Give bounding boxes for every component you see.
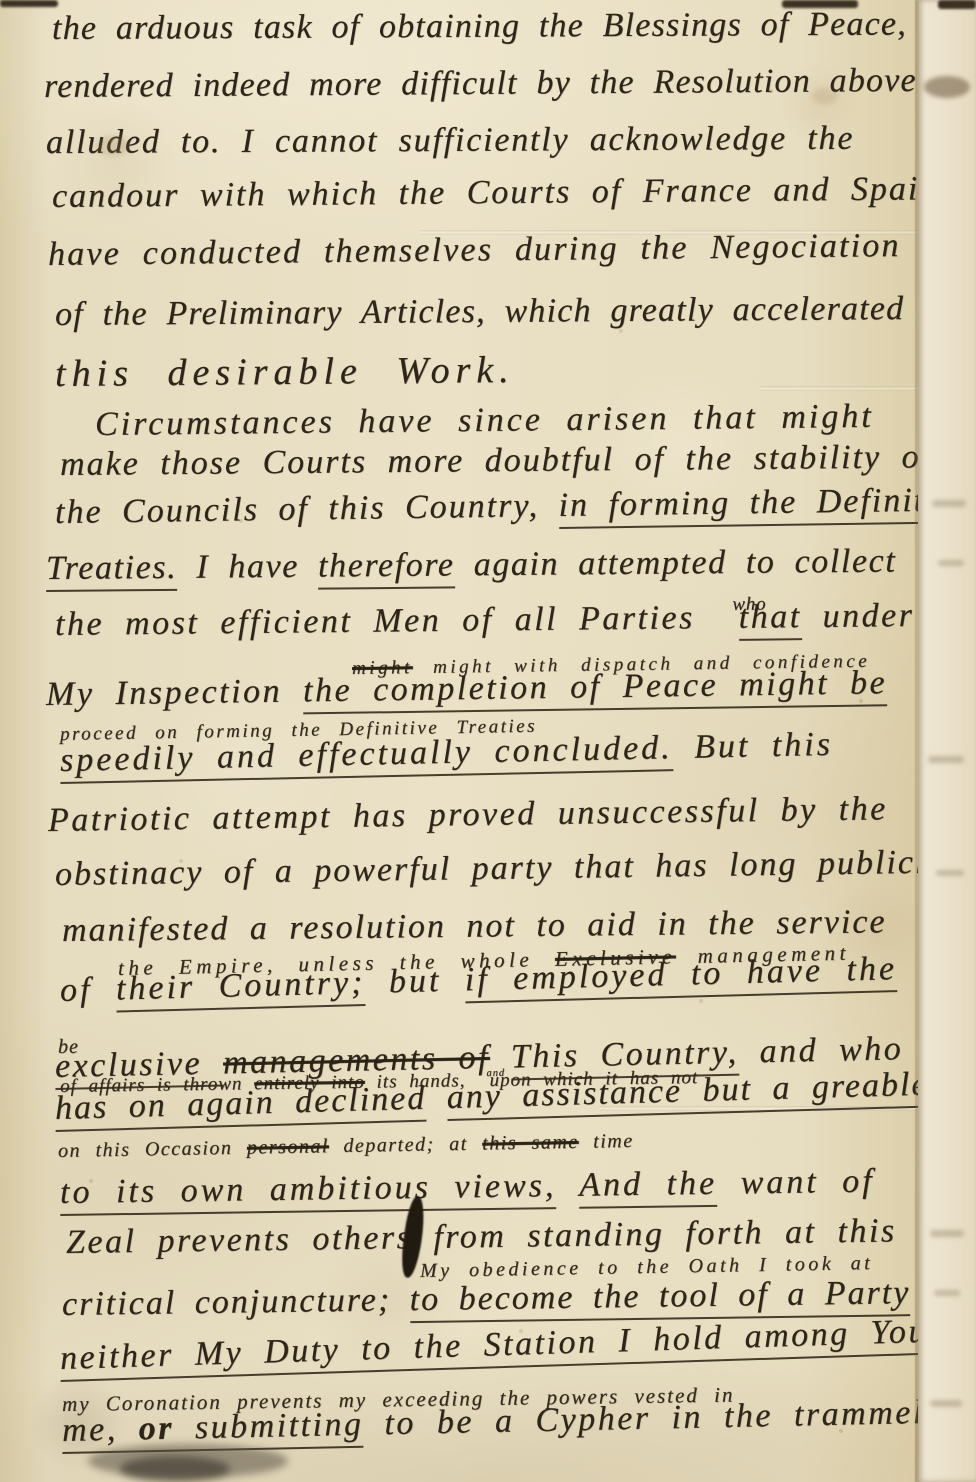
text-segment: rendered indeed more difficult by the Re… bbox=[44, 62, 917, 105]
text-segment bbox=[556, 1167, 579, 1204]
text-layer: the arduous task of obtaining the Blessi… bbox=[0, 0, 922, 1482]
text-segment: have conducted themselves during the Neg… bbox=[48, 227, 901, 273]
manuscript-line: the Councils of this Country, in forming… bbox=[55, 481, 922, 532]
text-segment: departed; at bbox=[329, 1133, 483, 1158]
manuscript-line: of the Preliminary Articles, which great… bbox=[55, 290, 905, 334]
page-fold-strip bbox=[918, 0, 976, 1482]
scan-edge-artifact bbox=[782, 0, 858, 8]
text-segment: who bbox=[732, 594, 766, 615]
manuscript-line: alluded to. I cannot sufficiently acknow… bbox=[46, 120, 854, 162]
text-segment: the most efficient Men of all Parties bbox=[55, 599, 716, 643]
text-segment: their Country; bbox=[115, 964, 365, 1013]
text-segment: Treaties. bbox=[46, 549, 178, 592]
manuscript-line: this desirable Work. bbox=[55, 348, 515, 396]
bleed-through-marks bbox=[938, 560, 964, 566]
text-segment: obstinacy of a powerful party that has l… bbox=[55, 844, 922, 893]
bleed-through-marks bbox=[932, 500, 966, 507]
text-segment: I have bbox=[177, 548, 318, 586]
text-segment: critical conjuncture; bbox=[62, 1281, 410, 1323]
text-segment: on this Occasion bbox=[58, 1137, 247, 1162]
text-segment: in forming the Definitive bbox=[558, 481, 922, 529]
text-segment: personal bbox=[247, 1135, 329, 1158]
paper-stain bbox=[96, 136, 130, 156]
text-segment: therefore bbox=[318, 546, 455, 589]
text-segment: of bbox=[60, 971, 117, 1009]
fold-crease-line bbox=[915, 0, 918, 1482]
manuscript-line: My Inspection the completion of Peace mi… bbox=[46, 664, 888, 714]
charcoal-smudge-dark bbox=[120, 1456, 230, 1482]
scan-edge-artifact bbox=[938, 0, 976, 9]
text-segment: the completion of Peace might be bbox=[303, 664, 888, 714]
text-segment: has on again declined bbox=[54, 1080, 426, 1132]
text-segment: want of bbox=[717, 1163, 875, 1202]
text-segment: of the Preliminary Articles, which great… bbox=[55, 290, 905, 333]
scan-edge-artifact bbox=[0, 0, 58, 7]
manuscript-line: make those Courts more doubtful of the s… bbox=[60, 438, 922, 484]
text-segment: this same bbox=[482, 1131, 579, 1155]
bleed-through-marks bbox=[928, 756, 964, 763]
manuscript-line: obstinacy of a powerful party that has l… bbox=[55, 844, 922, 894]
text-segment bbox=[426, 1079, 448, 1117]
text-segment: And the bbox=[579, 1165, 717, 1209]
manuscript-line: to its own ambitious views, And the want… bbox=[60, 1163, 875, 1212]
manuscript-line: rendered indeed more difficult by the Re… bbox=[44, 62, 917, 106]
text-segment: But this bbox=[672, 726, 833, 766]
manuscript-line: on this Occasion personal departed; at t… bbox=[58, 1130, 634, 1163]
text-segment: and who bbox=[738, 1030, 903, 1070]
manuscript-line: Circumstances have since arisen that mig… bbox=[95, 398, 874, 444]
text-segment: Circumstances have since arisen that mig… bbox=[95, 398, 874, 443]
manuscript-line: candour with which the Courts of France … bbox=[52, 170, 922, 216]
bleed-through-marks bbox=[934, 1290, 960, 1296]
text-segment: again attempted to collect bbox=[454, 543, 896, 584]
paper-stain bbox=[812, 88, 838, 104]
manuscript-line: Treaties. I have therefore again attempt… bbox=[46, 543, 897, 588]
text-segment: alluded to. I cannot sufficiently acknow… bbox=[46, 120, 854, 161]
text-segment: neither My Duty to the Station I hold am… bbox=[59, 1313, 922, 1382]
manuscript-page: the arduous task of obtaining the Blessi… bbox=[0, 0, 976, 1482]
text-segment: time bbox=[578, 1130, 633, 1153]
margin-stain bbox=[924, 76, 970, 98]
manuscript-line: have conducted themselves during the Neg… bbox=[48, 227, 901, 274]
text-segment: My Inspection bbox=[46, 672, 304, 713]
text-segment: make those Courts more doubtful of the s… bbox=[60, 438, 922, 483]
text-segment: but bbox=[365, 961, 465, 1001]
text-segment: the Councils of this Country, bbox=[55, 487, 559, 531]
text-segment: this desirable Work. bbox=[55, 349, 515, 395]
text-segment: the arduous task of obtaining the Blessi… bbox=[52, 6, 907, 47]
bleed-through-marks bbox=[936, 870, 964, 876]
bleed-through-marks bbox=[930, 1230, 964, 1237]
text-segment: to its own ambitious views, bbox=[60, 1167, 557, 1216]
manuscript-line: neither My Duty to the Station I hold am… bbox=[59, 1313, 922, 1378]
manuscript-line: Patriotic attempt has proved unsuccessfu… bbox=[48, 790, 888, 840]
bleed-through-marks bbox=[930, 1400, 962, 1407]
manuscript-line: the arduous task of obtaining the Blessi… bbox=[52, 6, 907, 48]
text-segment: candour with which the Courts of France … bbox=[52, 170, 922, 215]
paper-speckles bbox=[0, 0, 2, 2]
manuscript-line: the most efficient Men of all Parties wh… bbox=[55, 597, 915, 644]
text-segment: under bbox=[801, 597, 914, 635]
text-segment: Patriotic attempt has proved unsuccessfu… bbox=[48, 790, 888, 839]
